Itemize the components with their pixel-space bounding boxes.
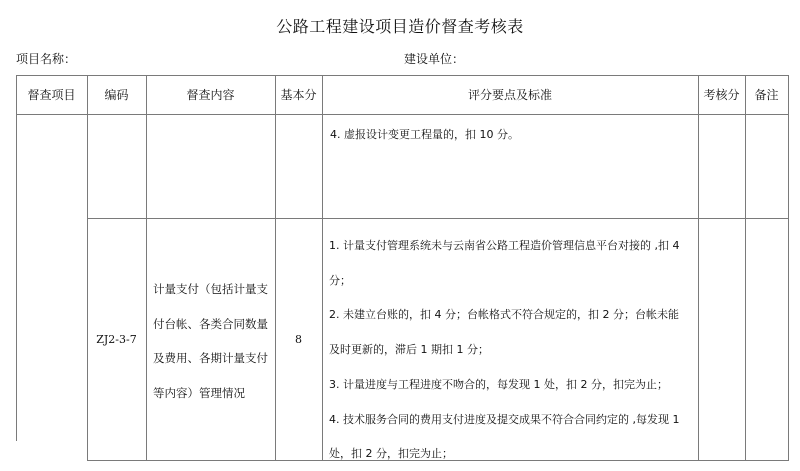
- col-border-2: [146, 75, 147, 461]
- content-line: 计量支付（包括计量支: [153, 272, 273, 307]
- col-border-6: [745, 75, 746, 461]
- header-inspection-item: 督查项目: [16, 75, 87, 114]
- header-assessed-score: 考核分: [698, 75, 745, 114]
- col-border-5: [698, 75, 699, 461]
- col-border-4: [322, 75, 323, 461]
- criteria-line: 3. 计量进度与工程进度不吻合的，每发现 1 处，扣 2 分，扣完为止；: [329, 368, 697, 403]
- assessment-table: 督查项目 编码 督查内容 基本分 评分要点及标准 考核分 备注 4. 虚报设计变…: [0, 0, 800, 471]
- criteria-line: 4. 技术服务合同的费用支付进度及提交成果不符合合同约定的 ,每发现 1: [329, 403, 697, 438]
- row2-criteria: 1. 计量支付管理系统未与云南省公路工程造价管理信息平台对接的 ,扣 4 分； …: [329, 229, 697, 471]
- content-line: 及费用、各期计量支付: [153, 341, 273, 376]
- col-border-7: [788, 75, 789, 461]
- criteria-line: 2. 未建立台账的，扣 4 分；台帐格式不符合规定的，扣 2 分；台帐未能: [329, 298, 697, 333]
- row-divider: [87, 218, 789, 219]
- header-base-score: 基本分: [275, 75, 322, 114]
- criteria-line: 分；: [329, 264, 697, 299]
- criteria-line: 及时更新的，滞后 1 期扣 1 分；: [329, 333, 697, 368]
- row1-criteria-item: 4. 虚报设计变更工程量的，扣 10 分。: [330, 126, 519, 142]
- col-border-0: [16, 75, 17, 441]
- header-remarks: 备注: [745, 75, 788, 114]
- criteria-line: 处，扣 2 分，扣完为止；: [329, 437, 697, 471]
- content-line: 等内容）管理情况: [153, 376, 273, 411]
- header-inspection-content: 督查内容: [146, 75, 275, 114]
- row2-code: ZJ2-3-7: [87, 218, 146, 460]
- row2-base-score: 8: [275, 218, 322, 460]
- header-scoring-criteria: 评分要点及标准: [322, 75, 698, 114]
- row2-content: 计量支付（包括计量支 付台帐、各类合同数量 及费用、各期计量支付 等内容）管理情…: [153, 272, 273, 410]
- content-line: 付台帐、各类合同数量: [153, 307, 273, 342]
- criteria-line: 1. 计量支付管理系统未与云南省公路工程造价管理信息平台对接的 ,扣 4: [329, 229, 697, 264]
- header-divider: [16, 114, 789, 115]
- header-code: 编码: [87, 75, 146, 114]
